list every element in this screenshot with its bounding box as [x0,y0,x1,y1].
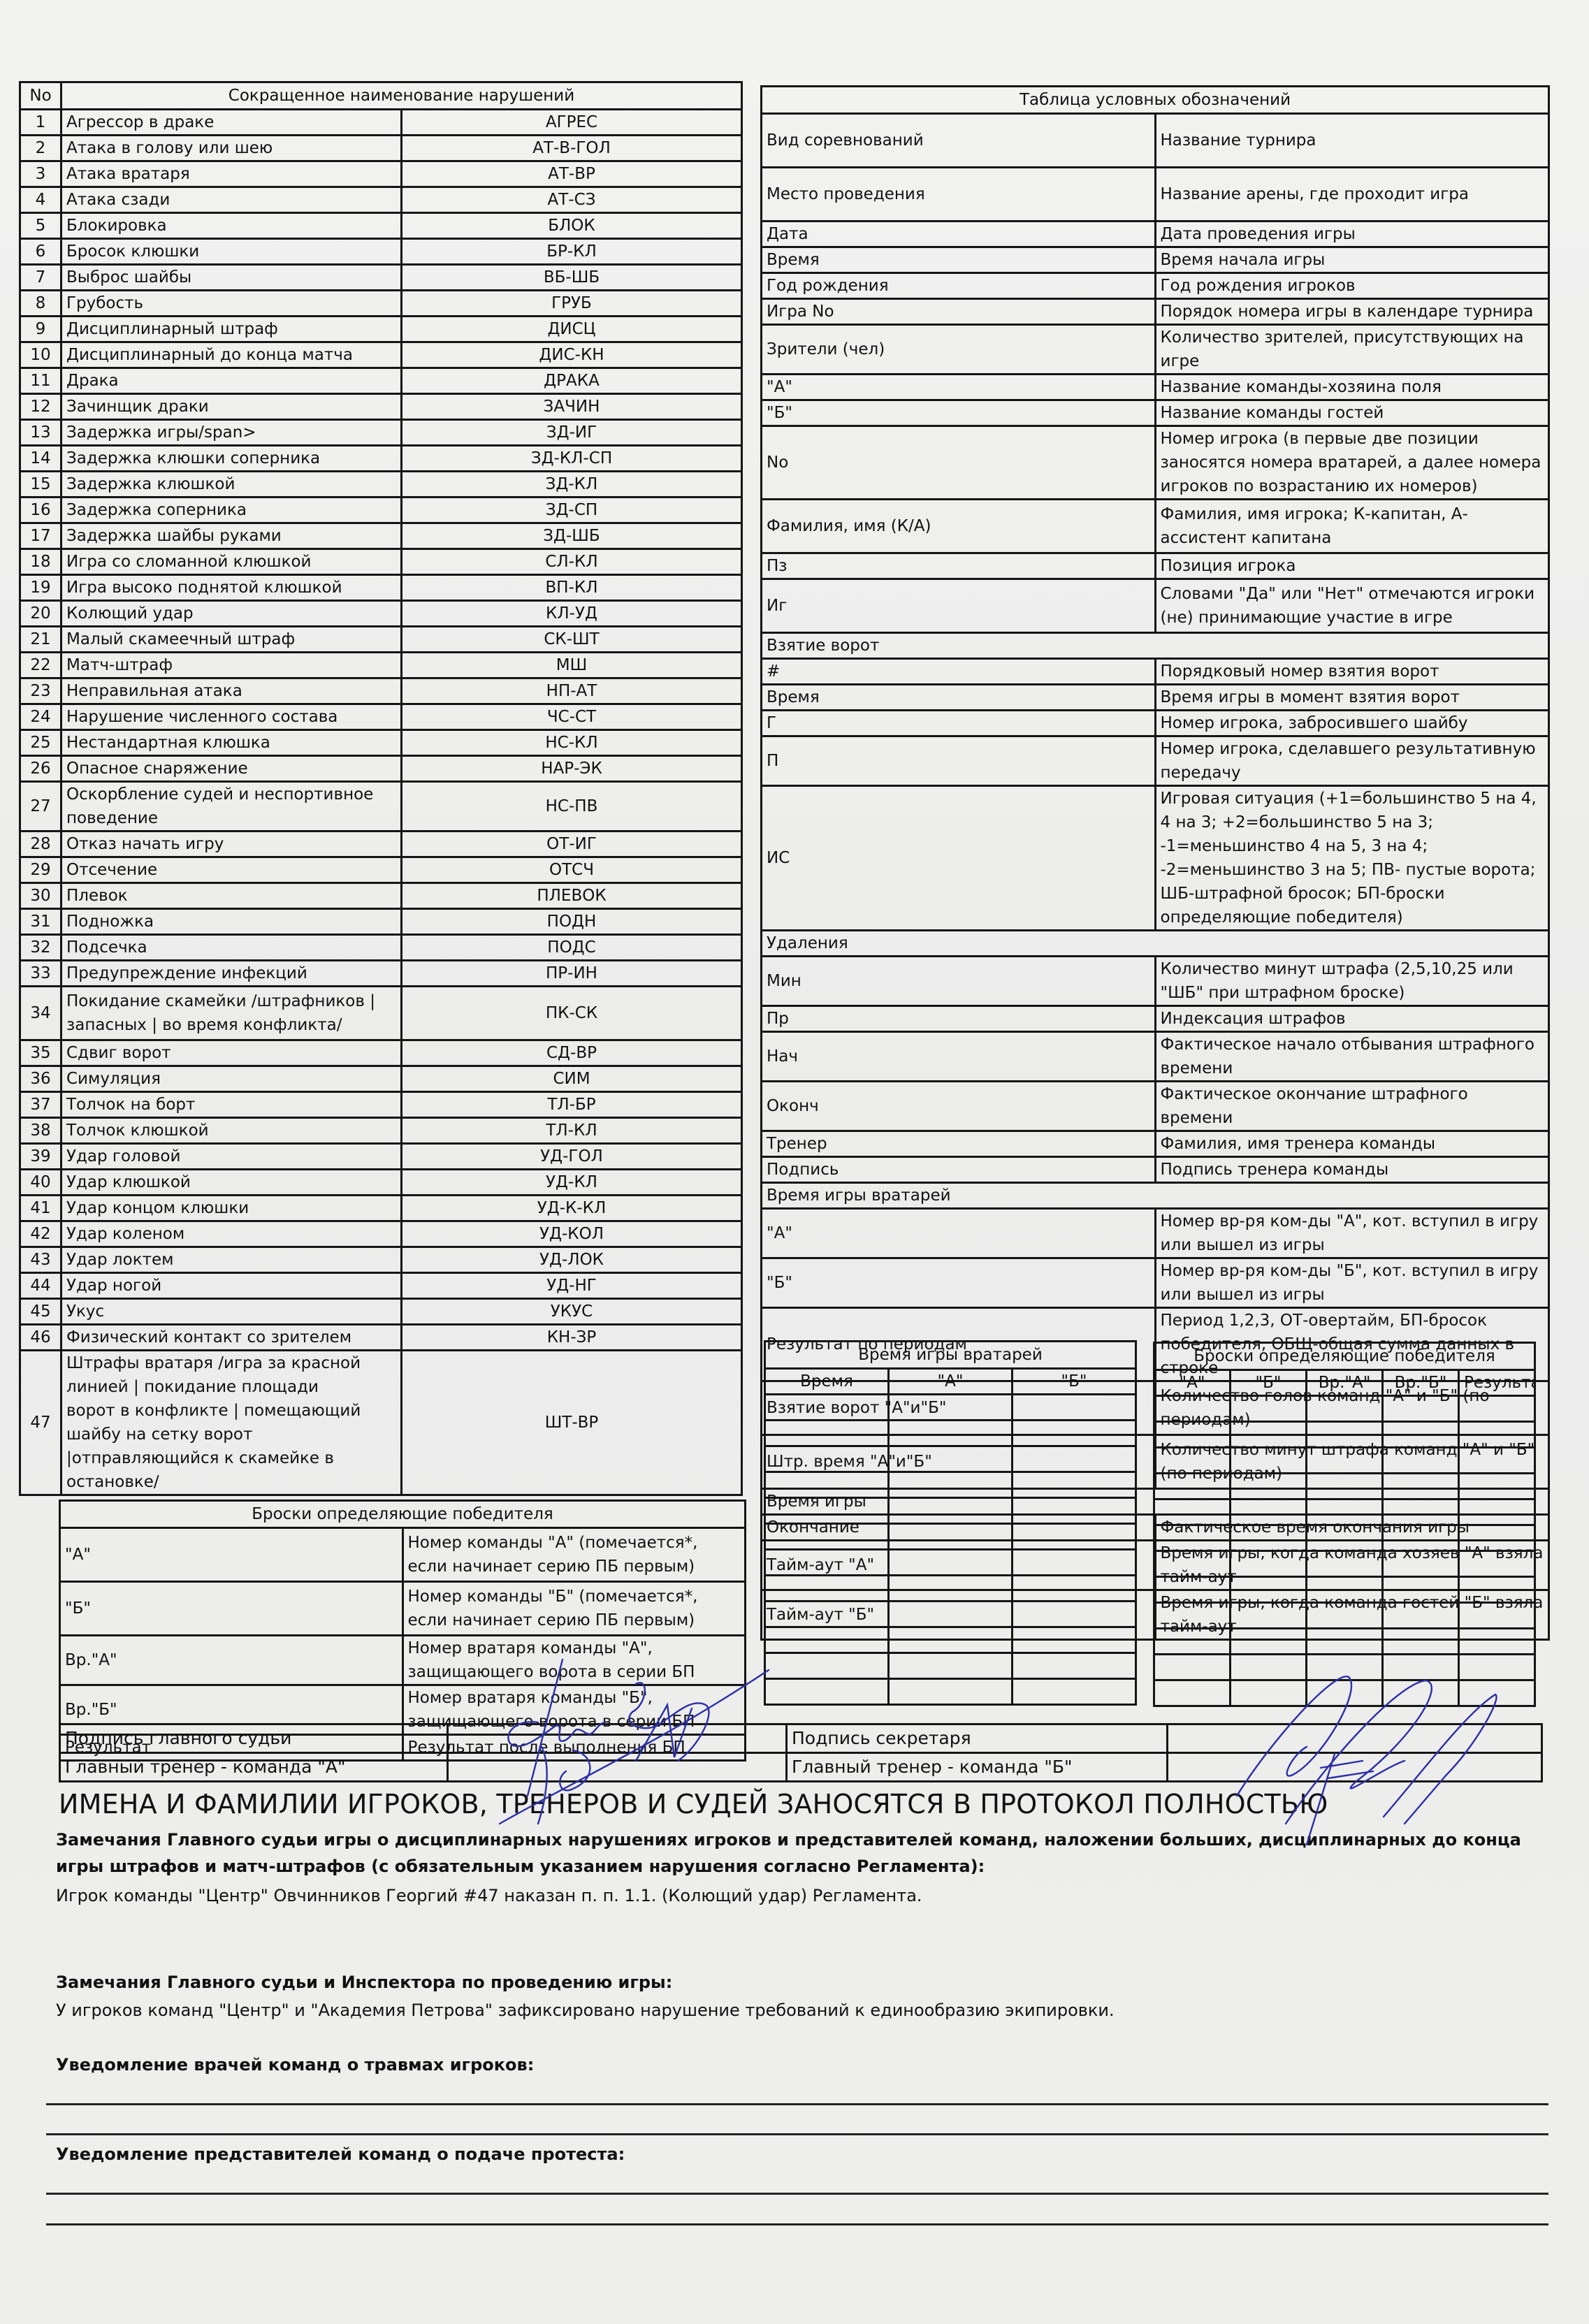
secretary-signature-field[interactable] [1168,1724,1542,1753]
violation-row: 45УкусУКУС [20,1299,742,1325]
shootout-title: Броски определяющие победителя [1154,1343,1535,1370]
violation-row: 42Удар коленомУД-КОЛ [20,1221,742,1247]
legend-row: Место проведенияНазвание арены, где прох… [762,168,1549,221]
violation-row: 34Покидание скамейки /штрафников | запас… [20,987,742,1040]
legend-value: Название команды гостей [1155,400,1549,426]
legend-key: Фамилия, имя (К/А) [762,500,1156,553]
legend-row: Фамилия, имя (К/А)Фамилия, имя игрока; К… [762,500,1549,553]
goalie-time-cell[interactable] [889,1576,1013,1602]
legend-key: Пр [762,1006,1156,1032]
violation-row: 11ДракаДРАКА [20,368,742,394]
goalie-time-title: Время игры вратарей [765,1342,1136,1369]
shootout-cell[interactable] [1154,1577,1231,1603]
legend-value: Название арены, где проходит игра [1155,168,1549,221]
goalie-time-row [765,1576,1136,1602]
shootout-cell[interactable] [1231,1680,1307,1706]
violation-code: АТ-ВР [402,161,742,187]
goalie-time-cell[interactable] [889,1421,1013,1446]
violation-row: 31ПодножкаПОДН [20,909,742,935]
violation-code: ПЛЕВОК [402,883,742,909]
violation-number: 46 [20,1325,61,1351]
violation-name: Подножка [61,909,402,935]
goalie-time-row [765,1602,1136,1627]
violation-row: 33Предупреждение инфекцийПР-ИН [20,961,742,987]
violation-code: ЗД-ИГ [402,420,742,446]
violation-number: 34 [20,987,61,1040]
shootout-row [1154,1629,1535,1655]
legend-key: Дата [762,221,1156,247]
shootout-cell[interactable] [1307,1474,1383,1499]
goalie-time-cell[interactable] [765,1524,889,1550]
violation-row: 5БлокировкаБЛОК [20,213,742,239]
legend-row: ГНомер игрока, забросившего шайбу [762,711,1549,736]
violation-code: КН-ЗР [402,1325,742,1351]
violation-name: Удар головой [61,1144,402,1170]
violation-name: Удар локтем [61,1247,402,1273]
violation-number: 14 [20,446,61,472]
violation-row: 39Удар головойУД-ГОЛ [20,1144,742,1170]
violation-name: Атака вратаря [61,161,402,187]
legend-value: Словами "Да" или "Нет" отмечаются игроки… [1155,579,1549,633]
goalie-time-cell[interactable] [889,1446,1013,1472]
violation-row: 30ПлевокПЛЕВОК [20,883,742,909]
shootout-row [1154,1448,1535,1474]
shootout-cell[interactable] [1154,1474,1231,1499]
inspector-remarks-text[interactable]: У игроков команд "Центр" и "Академия Пет… [56,1998,1115,2022]
violation-number: 22 [20,653,61,678]
violation-number: 41 [20,1196,61,1221]
shootout-row [1154,1551,1535,1577]
legend-key: Подпись [762,1157,1156,1183]
violation-number: 47 [20,1351,61,1495]
violation-code: НАР-ЭК [402,756,742,782]
legend-value: Порядковый номер взятия ворот [1155,659,1549,685]
goalie-time-cell[interactable] [1013,1602,1136,1627]
legend-row: Год рожденияГод рождения игроков [762,273,1549,299]
violation-name: Нарушение численного состава [61,704,402,730]
shootout-cell[interactable] [1383,1551,1459,1577]
goalie-time-cell[interactable] [1013,1550,1136,1576]
shootout-cell[interactable] [1383,1396,1459,1422]
violation-name: Блокировка [61,213,402,239]
violation-code: УД-КОЛ [402,1221,742,1247]
goalie-time-cell[interactable] [765,1679,889,1705]
legend-row: ДатаДата проведения игры [762,221,1549,247]
violation-number: 11 [20,368,61,394]
violation-number: 20 [20,601,61,627]
violation-number: 28 [20,831,61,857]
goalie-time-cell[interactable] [889,1395,1013,1421]
protest-line-2[interactable] [46,2223,1548,2225]
legend-value: Время начала игры [1155,247,1549,273]
shootout-cell[interactable] [1231,1448,1307,1474]
shootout-cell[interactable] [1383,1474,1459,1499]
violation-name: Игра высоко поднятой клюшкой [61,575,402,601]
shootout-cell[interactable] [1307,1448,1383,1474]
violation-code: СЛ-КЛ [402,549,742,575]
violation-row: 9Дисциплинарный штрафДИСЦ [20,317,742,342]
shootout-cell[interactable] [1231,1655,1307,1680]
shootout-cell[interactable] [1383,1525,1459,1551]
shootout-cell[interactable] [1231,1577,1307,1603]
violation-row: 47Штрафы вратаря /игра за красной линией… [20,1351,742,1495]
violation-code: УД-К-КЛ [402,1196,742,1221]
violation-number: 12 [20,394,61,420]
violation-number: 18 [20,549,61,575]
violation-code: ПК-СК [402,987,742,1040]
goalie-time-cell[interactable] [765,1653,889,1679]
violation-code: ДИС-КН [402,342,742,368]
violations-header-title: Сокращенное наименование нарушений [61,82,742,110]
shootout-cell[interactable] [1459,1603,1535,1629]
violation-row: 1Агрессор в дракеАГРЕС [20,110,742,136]
legend-key: Мин [762,957,1156,1006]
injuries-line-1[interactable] [46,2103,1548,2105]
violation-name: Толчок на борт [61,1092,402,1118]
violation-row: 15Задержка клюшкойЗД-КЛ [20,472,742,498]
violation-number: 5 [20,213,61,239]
shootout-cell[interactable] [1383,1448,1459,1474]
injuries-notice-title: Уведомление врачей команд о травмах игро… [56,2051,1544,2078]
legend-row: НачФактическое начало отбывания штрафног… [762,1032,1549,1082]
goalie-time-cell[interactable] [889,1679,1013,1705]
violation-name: Выброс шайбы [61,265,402,291]
goalie-time-row [765,1550,1136,1576]
violation-name: Удар ногой [61,1273,402,1299]
legend-value: Подпись тренера команды [1155,1157,1549,1183]
legend-row: ВремяВремя игры в момент взятия ворот [762,685,1549,711]
goalie-time-table: Время игры вратарей Время "А" "Б" [764,1340,1137,1706]
legend-key: Нач [762,1032,1156,1082]
goalie-time-cell[interactable] [765,1421,889,1446]
referee-signature-field[interactable] [448,1724,787,1753]
violation-code: ДРАКА [402,368,742,394]
violation-row: 6Бросок клюшкиБР-КЛ [20,239,742,265]
legend-key: Оконч [762,1082,1156,1131]
shootout-cell[interactable] [1231,1422,1307,1448]
goalie-time-cell[interactable] [765,1550,889,1576]
violation-code: УД-КЛ [402,1170,742,1196]
violation-code: НС-КЛ [402,730,742,756]
shootout-cell[interactable] [1154,1499,1231,1525]
violation-code: КЛ-УД [402,601,742,627]
goalie-time-cell[interactable] [889,1472,1013,1498]
violation-code: СИМ [402,1066,742,1092]
violation-row: 24Нарушение численного составаЧС-СТ [20,704,742,730]
goalie-time-cell[interactable] [1013,1472,1136,1498]
shootout-cell[interactable] [1154,1422,1231,1448]
goalie-time-cell[interactable] [765,1498,889,1524]
shootout-cell[interactable] [1459,1551,1535,1577]
shootout-cell[interactable] [1154,1603,1231,1629]
shootout-cell[interactable] [1459,1680,1535,1706]
violation-number: 16 [20,498,61,523]
violation-name: Отсечение [61,857,402,883]
violation-code: АТ-СЗ [402,187,742,213]
violation-number: 27 [20,782,61,831]
violation-number: 23 [20,678,61,704]
legend-value: Название турнира [1155,114,1549,168]
violation-name: Укус [61,1299,402,1325]
violation-name: Задержка соперника [61,498,402,523]
violation-row: 40Удар клюшкойУД-КЛ [20,1170,742,1196]
violation-number: 32 [20,935,61,961]
goalie-time-cell[interactable] [889,1550,1013,1576]
shootout-cell[interactable] [1307,1680,1383,1706]
legend-value: Год рождения игроков [1155,273,1549,299]
legend-value: Номер игрока, сделавшего результативную … [1155,736,1549,786]
violation-code: ЗД-СП [402,498,742,523]
violation-number: 26 [20,756,61,782]
violation-code: УД-НГ [402,1273,742,1299]
violation-name: Симуляция [61,1066,402,1092]
violation-code: ОТСЧ [402,857,742,883]
legend-row: "А"Номер вр-ря ком-ды "А", кот. вступил … [762,1209,1549,1258]
shootout-cell[interactable] [1154,1525,1231,1551]
legend-key: Вид соревнований [762,114,1156,168]
goalie-time-cell[interactable] [1013,1395,1136,1421]
shootout-cell[interactable] [1459,1577,1535,1603]
violation-number: 43 [20,1247,61,1273]
violation-number: 25 [20,730,61,756]
violation-number: 29 [20,857,61,883]
violation-number: 31 [20,909,61,935]
goalie-time-cell[interactable] [1013,1653,1136,1679]
legend-value: Фактическое начало отбывания штрафного в… [1155,1032,1549,1082]
violation-code: УКУС [402,1299,742,1325]
shootout-cell[interactable] [1383,1499,1459,1525]
shootout-cell[interactable] [1459,1525,1535,1551]
violation-name: Задержка клюшкой [61,472,402,498]
goalie-time-cell[interactable] [889,1524,1013,1550]
violation-row: 4Атака сзадиАТ-СЗ [20,187,742,213]
violation-number: 19 [20,575,61,601]
violation-name: Дисциплинарный до конца матча [61,342,402,368]
protest-line-1[interactable] [46,2193,1548,2195]
violation-row: 26Опасное снаряжениеНАР-ЭК [20,756,742,782]
goalie-time-cell[interactable] [889,1653,1013,1679]
violation-name: Задержка игры/span> [61,420,402,446]
shootout-cell[interactable] [1459,1448,1535,1474]
violation-row: 28Отказ начать игруОТ-ИГ [20,831,742,857]
shootout-cell[interactable] [1154,1629,1231,1655]
shootout-col-goalie-a: Вр."А" [1307,1370,1383,1396]
shootout-cell[interactable] [1383,1603,1459,1629]
injuries-line-2[interactable] [46,2133,1548,2135]
violation-row: 14Задержка клюшки соперникаЗД-КЛ-СП [20,446,742,472]
violation-row: 7Выброс шайбыВБ-ШБ [20,265,742,291]
goalie-time-cell[interactable] [765,1446,889,1472]
shootout-cell[interactable] [1231,1525,1307,1551]
legend-section-row: Взятие ворот [762,633,1549,659]
secretary-signature-label: Подпись секретаря [787,1724,1168,1753]
legend-value: Номер игрока, забросившего шайбу [1155,711,1549,736]
shootout-cell[interactable] [1459,1655,1535,1680]
violation-name: Атака в голову или шею [61,136,402,161]
shootout-cell[interactable] [1307,1629,1383,1655]
shootout-cell[interactable] [1307,1577,1383,1603]
shootout-cell[interactable] [1383,1629,1459,1655]
legend-key: Место проведения [762,168,1156,221]
goalie-time-row [765,1627,1136,1653]
shootout-cell[interactable] [1154,1448,1231,1474]
violation-row: 18Игра со сломанной клюшкойСЛ-КЛ [20,549,742,575]
shootout-cell[interactable] [1154,1680,1231,1706]
shootout-cell[interactable] [1231,1474,1307,1499]
violation-number: 37 [20,1092,61,1118]
violation-row: 27Оскорбление судей и неспортивное повед… [20,782,742,831]
shootout-row [1154,1499,1535,1525]
shootout-row [1154,1603,1535,1629]
legend-value: Количество минут штрафа (2,5,10,25 или "… [1155,957,1549,1006]
shootout-row [1154,1577,1535,1603]
goalie-time-row [765,1446,1136,1472]
coach-b-signature-field[interactable] [1168,1753,1542,1782]
shootout-cell[interactable] [1307,1525,1383,1551]
goalie-time-row [765,1653,1136,1679]
violation-number: 2 [20,136,61,161]
shootout-cell[interactable] [1459,1499,1535,1525]
shootout-cell[interactable] [1231,1396,1307,1422]
shootout-cell[interactable] [1459,1396,1535,1422]
shootout-cell[interactable] [1307,1551,1383,1577]
coach-a-signature-field[interactable] [448,1753,787,1782]
violation-name: Отказ начать игру [61,831,402,857]
goalie-time-col-a: "А" [889,1369,1013,1395]
shootout-cell[interactable] [1459,1422,1535,1448]
legend-row: ВремяВремя начала игры [762,247,1549,273]
goalie-time-cell[interactable] [765,1602,889,1627]
shootout-cell[interactable] [1231,1551,1307,1577]
violation-code: СК-ШТ [402,627,742,653]
goalie-time-cell[interactable] [1013,1627,1136,1653]
goalie-time-cell[interactable] [1013,1576,1136,1602]
violation-number: 10 [20,342,61,368]
legend-value: Дата проведения игры [1155,221,1549,247]
goalie-time-row [765,1498,1136,1524]
protest-notice-title: Уведомление представителей команд о пода… [56,2141,1544,2167]
goalie-time-cell[interactable] [1013,1524,1136,1550]
violation-code: ЗД-КЛ [402,472,742,498]
goalie-time-cell[interactable] [765,1395,889,1421]
violation-code: БЛОК [402,213,742,239]
violation-number: 24 [20,704,61,730]
shootout-cell[interactable] [1231,1499,1307,1525]
legend-key: ИС [762,786,1156,931]
violation-code: ЗД-КЛ-СП [402,446,742,472]
violation-number: 38 [20,1118,61,1144]
legend-key: Иг [762,579,1156,633]
violation-row: 35Сдвиг воротСД-ВР [20,1040,742,1066]
goalie-time-cell[interactable] [889,1498,1013,1524]
violation-number: 6 [20,239,61,265]
violation-row: 19Игра высоко поднятой клюшкойВП-КЛ [20,575,742,601]
violation-number: 36 [20,1066,61,1092]
shootout-cell[interactable] [1459,1629,1535,1655]
violation-row: 37Толчок на бортТЛ-БР [20,1092,742,1118]
violation-row: 17Задержка шайбы рукамиЗД-ШБ [20,523,742,549]
legend-row: Вид соревнованийНазвание турнира [762,114,1549,168]
shootout-row [1154,1396,1535,1422]
shootout-cell[interactable] [1307,1655,1383,1680]
shootout-legend-value: Номер вратаря команды "А", защищающего в… [402,1636,746,1685]
disciplinary-remarks-title: Замечания Главного судьи игры о дисципли… [56,1826,1544,1880]
violation-row: 16Задержка соперникаЗД-СП [20,498,742,523]
goalie-time-cell[interactable] [765,1576,889,1602]
goalie-time-cell[interactable] [889,1627,1013,1653]
goalie-time-cell[interactable] [1013,1446,1136,1472]
violation-code: СД-ВР [402,1040,742,1066]
violation-name: Нестандартная клюшка [61,730,402,756]
shootout-cell[interactable] [1383,1422,1459,1448]
violation-code: ТЛ-КЛ [402,1118,742,1144]
goalie-time-cell[interactable] [1013,1498,1136,1524]
shootout-cell[interactable] [1307,1422,1383,1448]
shootout-cell[interactable] [1231,1603,1307,1629]
shootout-cell[interactable] [1154,1396,1231,1422]
violation-code: ГРУБ [402,291,742,317]
violation-name: Оскорбление судей и неспортивное поведен… [61,782,402,831]
violation-row: 36СимуляцияСИМ [20,1066,742,1092]
shootout-legend-key: "А" [60,1528,403,1582]
goalie-time-cell[interactable] [1013,1679,1136,1705]
shootout-legend-row: "Б"Номер команды "Б" (помечается*, если … [60,1582,746,1636]
goalie-time-row [765,1472,1136,1498]
goalie-time-cell[interactable] [889,1602,1013,1627]
legend-key: Г [762,711,1156,736]
violation-name: Покидание скамейки /штрафников | запасны… [61,987,402,1040]
violation-number: 30 [20,883,61,909]
goalie-time-row [765,1679,1136,1705]
shootout-cell[interactable] [1231,1629,1307,1655]
violation-number: 44 [20,1273,61,1299]
legend-row: "Б"Название команды гостей [762,400,1549,426]
goalie-time-cell[interactable] [765,1627,889,1653]
violation-code: УД-ГОЛ [402,1144,742,1170]
violation-name: Колющий удар [61,601,402,627]
violation-row: 3Атака вратаряАТ-ВР [20,161,742,187]
shootout-cell[interactable] [1307,1603,1383,1629]
legend-key: No [762,426,1156,500]
violation-name: Сдвиг ворот [61,1040,402,1066]
violation-code: ЗД-ШБ [402,523,742,549]
legend-value: Название команды-хозяина поля [1155,375,1549,400]
shootout-cell[interactable] [1383,1577,1459,1603]
violation-code: БР-КЛ [402,239,742,265]
shootout-cell[interactable] [1307,1396,1383,1422]
disciplinary-remarks-text[interactable]: Игрок команды "Центр" Овчинников Георгий… [56,1884,922,1908]
legend-value: Фамилия, имя игрока; К-капитан, А-ассист… [1155,500,1549,553]
legend-row: NoНомер игрока (в первые две позиции зан… [762,426,1549,500]
goalie-time-cell[interactable] [765,1472,889,1498]
legend-row: МинКоличество минут штрафа (2,5,10,25 ил… [762,957,1549,1006]
violation-name: Предупреждение инфекций [61,961,402,987]
shootout-cell[interactable] [1383,1680,1459,1706]
shootout-cell[interactable] [1154,1655,1231,1680]
violation-row: 41Удар концом клюшкиУД-К-КЛ [20,1196,742,1221]
legend-key: "Б" [762,1258,1156,1308]
goalie-time-cell[interactable] [1013,1421,1136,1446]
shootout-cell[interactable] [1307,1499,1383,1525]
violation-number: 3 [20,161,61,187]
shootout-cell[interactable] [1154,1551,1231,1577]
violation-name: Драка [61,368,402,394]
violation-code: ТЛ-БР [402,1092,742,1118]
shootout-cell[interactable] [1383,1655,1459,1680]
legend-value: Игровая ситуация (+1=большинство 5 на 4,… [1155,786,1549,931]
shootout-cell[interactable] [1459,1474,1535,1499]
legend-row: ТренерФамилия, имя тренера команды [762,1131,1549,1157]
